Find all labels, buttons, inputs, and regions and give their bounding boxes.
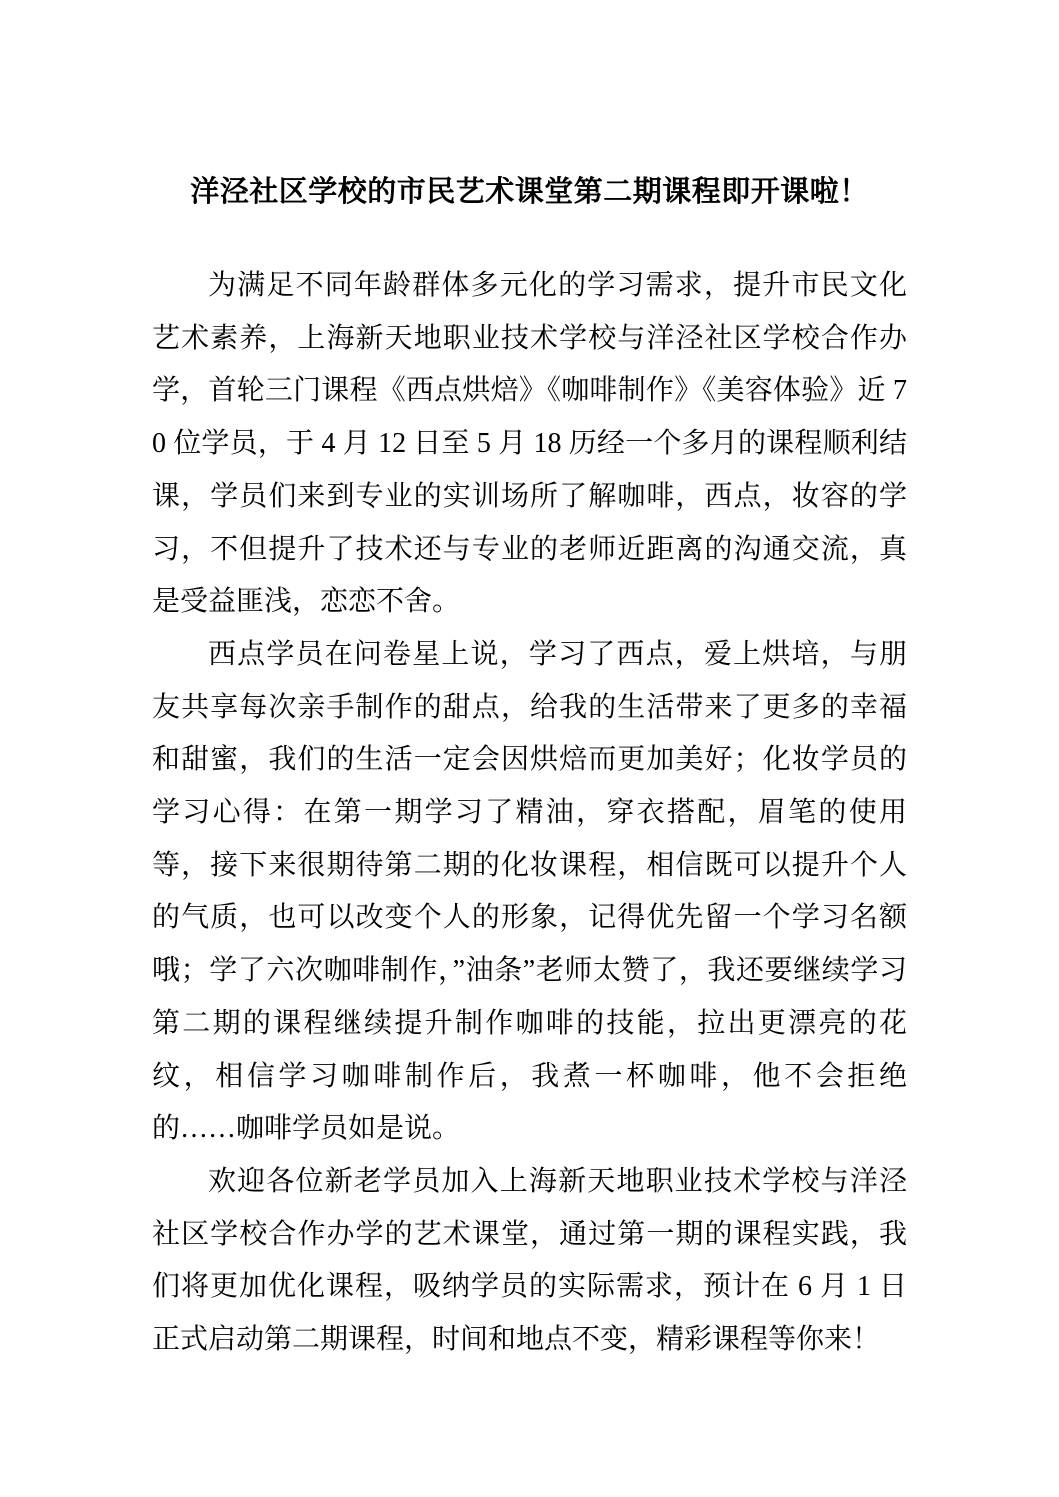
document-page: 洋泾社区学校的市民艺术课堂第二期课程即开课啦！ 为满足不同年龄群体多元化的学习需… bbox=[0, 0, 1059, 1497]
paragraph-student-feedback: 西点学员在问卷星上说，学习了西点，爱上烘培，与朋友共享每次亲手制作的甜点，给我的… bbox=[152, 629, 907, 1156]
document-title: 洋泾社区学校的市民艺术课堂第二期课程即开课啦！ bbox=[152, 168, 907, 216]
document-content: 洋泾社区学校的市民艺术课堂第二期课程即开课啦！ 为满足不同年龄群体多元化的学习需… bbox=[152, 168, 907, 1367]
paragraph-intro: 为满足不同年龄群体多元化的学习需求，提升市民文化艺术素养，上海新天地职业技术学校… bbox=[152, 260, 907, 629]
paragraph-welcome: 欢迎各位新老学员加入上海新天地职业技术学校与洋泾社区学校合作办学的艺术课堂，通过… bbox=[152, 1156, 907, 1367]
